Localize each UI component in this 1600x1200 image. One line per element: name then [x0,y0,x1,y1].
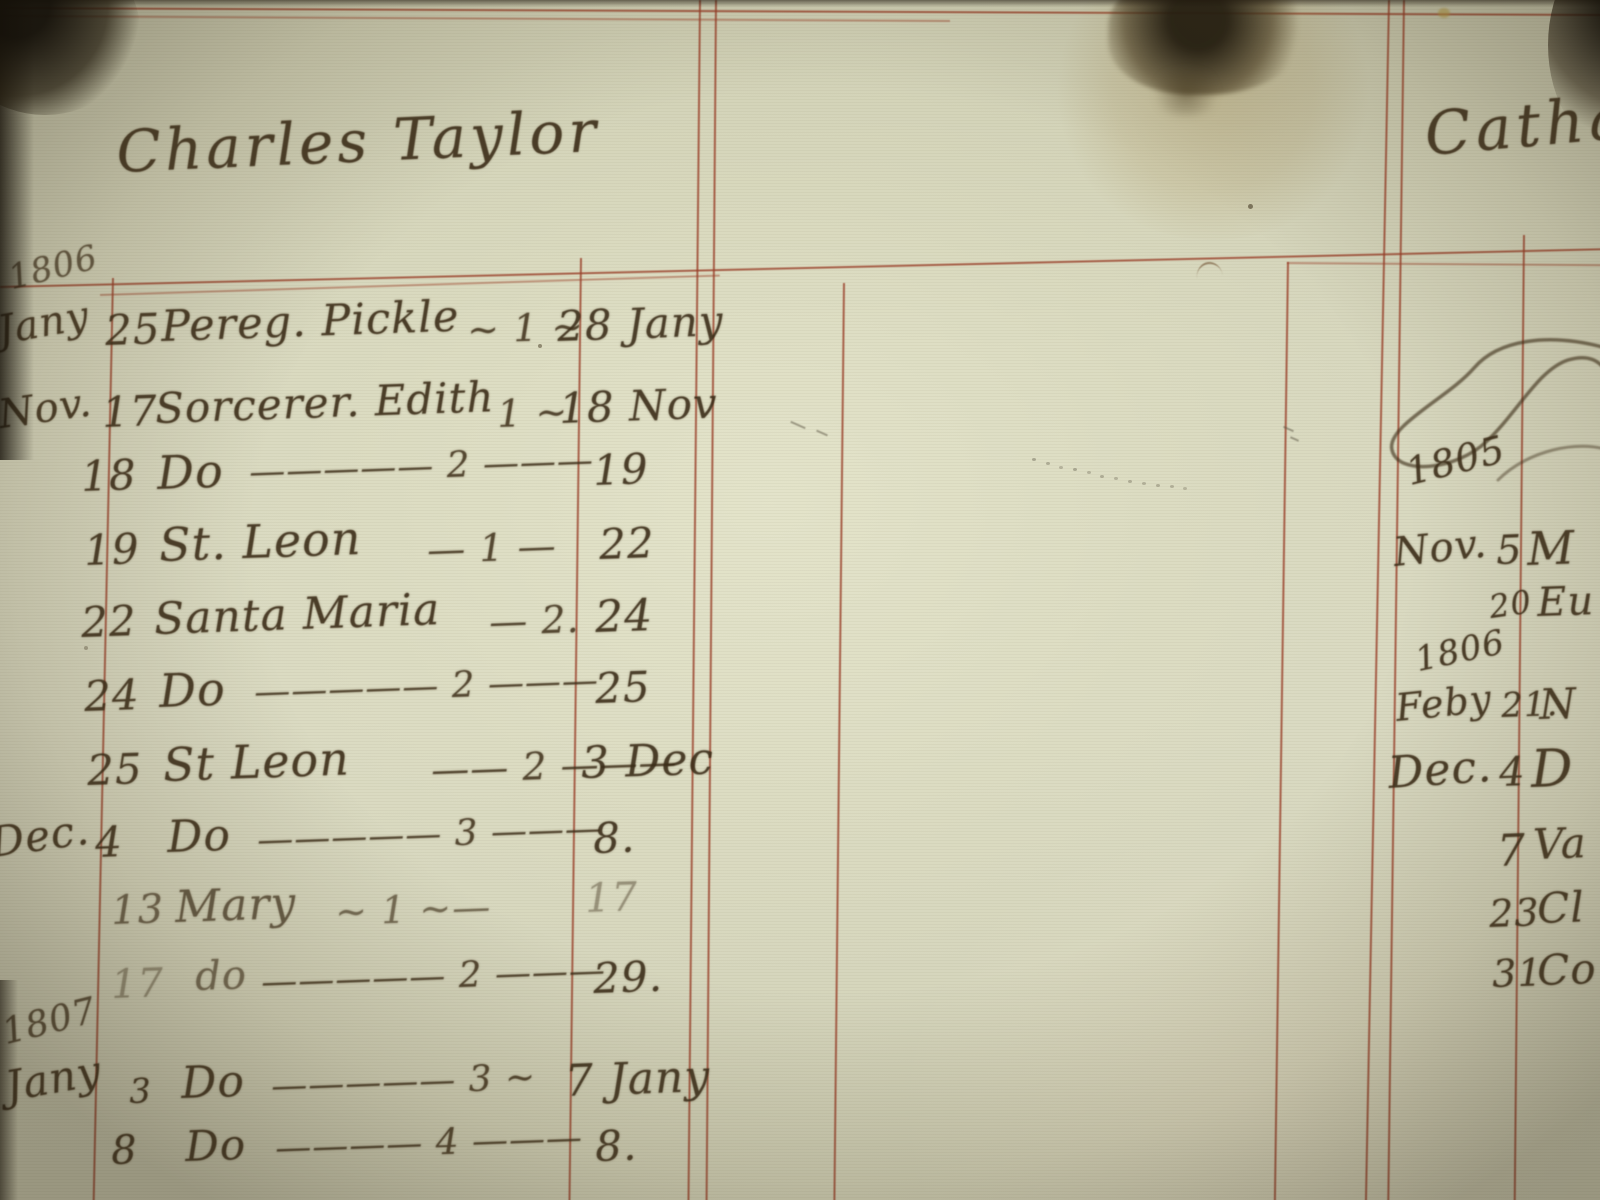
day-borrowed: 25 [104,304,161,355]
volume-entry: ————— 3 ——— [257,808,603,861]
day-borrowed: 20 [1487,582,1535,626]
volume-entry: —— 2 ——— [430,739,678,792]
book-title: Santa Maria [153,584,441,645]
book-title: Pereg. Pickle [160,292,460,352]
day-borrowed: 17 [101,386,158,437]
date-returned: 29. [592,952,663,1003]
day-borrowed: 13 [110,886,164,934]
book-title: Do [184,1120,247,1171]
book-title: do [194,952,247,1000]
year-label: 1806 [1412,622,1509,680]
day-borrowed: 17 [110,960,164,1008]
day-borrowed: 4 [94,817,123,867]
day-borrowed: 8 [110,1127,138,1174]
date-returned: 24 [594,590,654,643]
day-borrowed: 22 [80,596,137,647]
date-returned: 18 Nov [558,378,718,433]
day-borrowed: 5 [1495,527,1523,574]
day-borrowed: 23 [1488,890,1540,936]
day-borrowed: 7 [1496,825,1527,877]
book-title: St. Leon [158,511,362,572]
volume-entry: 1 ~ [496,390,569,436]
date-returned: 17 [584,874,638,922]
volume-entry: ————— 3 ~ [271,1057,537,1107]
volume-entry: ————— 2 ——— [254,660,600,713]
date-returned: 25 [594,662,651,713]
book-title: Do [158,662,226,718]
book-title: Mary [174,878,297,933]
month-label: Dec. [0,805,92,867]
book-title: N [1538,679,1577,729]
volume-entry: — 1 — [426,524,557,572]
day-borrowed: 4 [1498,749,1526,796]
month-label: Feby [1393,676,1494,730]
book-title: Va [1532,818,1587,869]
date-returned: 19 [592,444,649,495]
volume-entry: — 2. [488,597,580,644]
volume-entry: ———— 4 ——— [275,1117,584,1169]
day-borrowed: 19 [83,524,140,575]
book-title: M [1526,520,1576,576]
date-returned: 22 [598,518,655,569]
book-title: Do [156,444,224,500]
book-title: Cl [1536,882,1585,933]
book-title: Co [1536,944,1597,995]
book-title: D [1530,739,1575,800]
ledger-page: Charles Taylor 1806 Jany 25 Pereg. Pickl… [0,0,1600,1200]
book-title: St Leon [162,732,350,792]
volume-entry: ~ 1 ~ [466,304,584,352]
paper-stain-tail [1146,70,1226,116]
book-title: Do [166,810,232,863]
book-title: Sorcerer. Edith [154,372,495,433]
page-edge-shadow-left-bottom [0,980,18,1200]
page-edge-shadow-top [0,0,1600,7]
date-returned: 8. [594,1121,638,1171]
signature-flourish [1378,330,1600,490]
day-borrowed: 18 [80,450,137,501]
date-returned: 8. [592,813,636,863]
day-borrowed: 21. [1501,684,1559,726]
date-returned: 28 Jany [556,296,724,351]
left-account-name: Charles Taylor [115,97,601,186]
month-label: Dec. [1386,741,1493,799]
date-returned: 3 Dec [580,733,715,789]
day-borrowed: 25 [86,744,143,795]
volume-entry: ~ 1 ~— [334,885,491,934]
day-borrowed: 3 [129,1071,153,1112]
date-returned: 7 Jany [564,1051,711,1107]
day-borrowed: 24 [83,670,140,721]
book-title: Do [180,1056,246,1109]
book-title: Eu [1536,578,1595,626]
month-label: Nov. [1391,520,1489,576]
volume-entry: ————— 2 ——— [249,440,595,493]
volume-entry: ————— 2 ——— [261,950,607,1003]
day-borrowed: 31 [1491,950,1543,996]
